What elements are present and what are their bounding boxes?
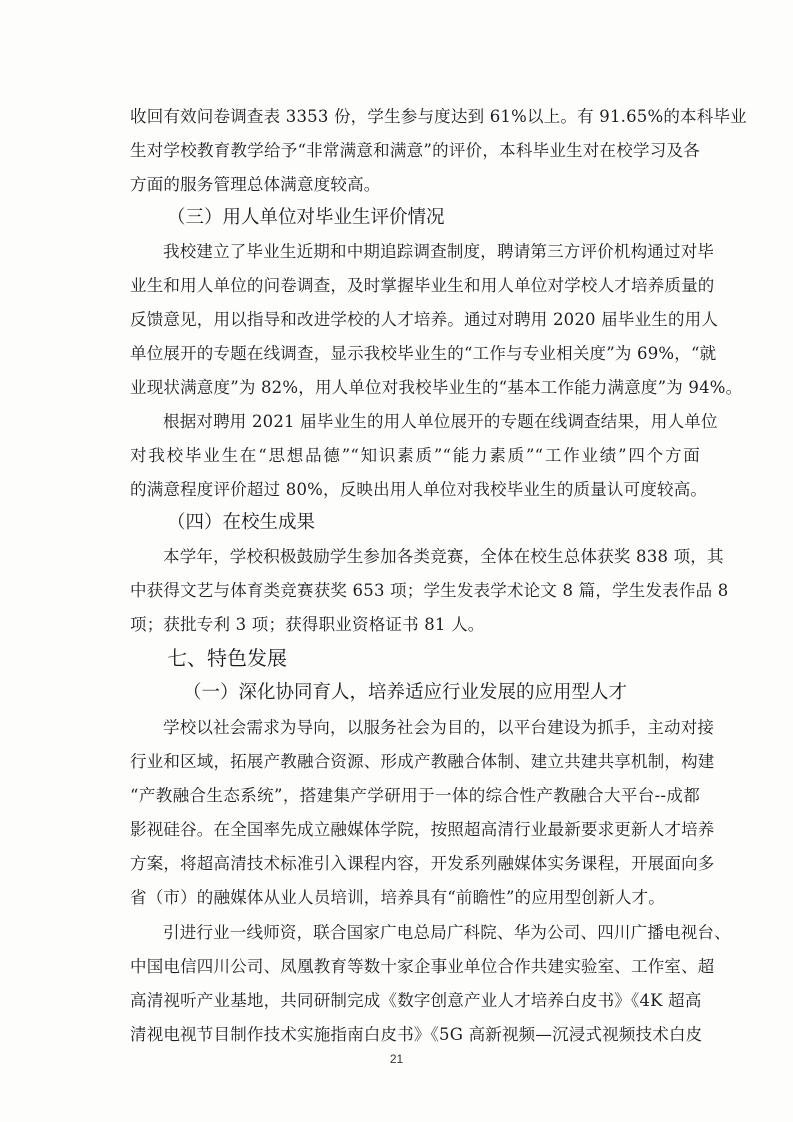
document-page: 收回有效问卷调查表 3353 份，学生参与度达到 61%以上。有 91.65%的… bbox=[0, 0, 793, 1122]
paragraph-line: 项；获批专利 3 项；获得职业资格证书 81 人。 bbox=[130, 614, 700, 636]
section-heading-student-achievements: （四）在校生成果 bbox=[167, 511, 315, 535]
paragraph-line: “产教融合生态系统”，搭建集产学研用于一体的综合性产教融合大平台--成都 bbox=[130, 785, 700, 807]
paragraph-line: 对我校毕业生在“思想品德”“知识素质”“能力素质”“工作业绩”四个方面 bbox=[130, 445, 700, 467]
paragraph-line: 生对学校教育教学给予“非常满意和满意”的评价，本科毕业生对在校学习及各 bbox=[130, 140, 700, 162]
section-heading-employer-evaluation: （三）用人单位对毕业生评价情况 bbox=[167, 206, 445, 230]
paragraph-line: 行业和区域，拓展产教融合资源、形成产教融合体制、建立共建共享机制，构建 bbox=[130, 751, 700, 773]
paragraph-line: 本学年，学校积极鼓励学生参加各类竞赛，全体在校生总体获奖 838 项，其 bbox=[163, 546, 700, 568]
paragraph-line: 清视电视节目制作技术实施指南白皮书》《5G 高新视频—沉浸式视频技术白皮 bbox=[130, 1024, 700, 1046]
paragraph-line: 反馈意见，用以指导和改进学校的人才培养。通过对聘用 2020 届毕业生的用人 bbox=[130, 309, 700, 331]
paragraph-line: 收回有效问卷调查表 3353 份，学生参与度达到 61%以上。有 91.65%的… bbox=[130, 106, 700, 128]
paragraph-line: 中获得文艺与体育类竞赛获奖 653 项；学生发表学术论文 8 篇，学生发表作品 … bbox=[130, 580, 700, 602]
paragraph-line: 引进行业一线师资，联合国家广电总局广科院、华为公司、四川广播电视台、 bbox=[163, 922, 700, 944]
chapter-heading-characteristic-development: 七、特色发展 bbox=[167, 645, 287, 671]
paragraph-line: 根据对聘用 2021 届毕业生的用人单位展开的专题在线调查结果，用人单位 bbox=[163, 411, 700, 433]
paragraph-line: 省（市）的融媒体从业人员培训，培养具有“前瞻性”的应用型创新人才。 bbox=[130, 887, 700, 909]
paragraph-line: 方案，将超高清技术标准引入课程内容，开发系列融媒体实务课程，开展面向多 bbox=[130, 853, 700, 875]
paragraph-line: 学校以社会需求为导向，以服务社会为目的，以平台建设为抓手，主动对接 bbox=[163, 717, 700, 739]
paragraph-line: 影视硅谷。在全国率先成立融媒体学院，按照超高清行业最新要求更新人才培养 bbox=[130, 819, 700, 841]
paragraph-line: 业现状满意度”为 82%，用人单位对我校毕业生的“基本工作能力满意度”为 94%… bbox=[130, 377, 700, 399]
paragraph-line: 单位展开的专题在线调查，显示我校毕业生的“工作与专业相关度”为 69%，“就 bbox=[130, 343, 700, 365]
section-heading-collaborative-education: （一）深化协同育人，培养适应行业发展的应用型人才 bbox=[183, 681, 627, 705]
paragraph-line: 业生和用人单位的问卷调查，及时掌握毕业生和用人单位对学校人才培养质量的 bbox=[130, 275, 700, 297]
page-number: 21 bbox=[0, 1052, 793, 1066]
paragraph-line: 我校建立了毕业生近期和中期追踪调查制度，聘请第三方评价机构通过对毕 bbox=[163, 241, 700, 263]
paragraph-line: 方面的服务管理总体满意度较高。 bbox=[130, 174, 700, 196]
paragraph-line: 的满意程度评价超过 80%，反映出用人单位对我校毕业生的质量认可度较高。 bbox=[130, 479, 700, 501]
paragraph-line: 中国电信四川公司、凤凰教育等数十家企事业单位合作共建实验室、工作室、超 bbox=[130, 956, 700, 978]
paragraph-line: 高清视听产业基地，共同研制完成《数字创意产业人才培养白皮书》《4K 超高 bbox=[130, 990, 700, 1012]
